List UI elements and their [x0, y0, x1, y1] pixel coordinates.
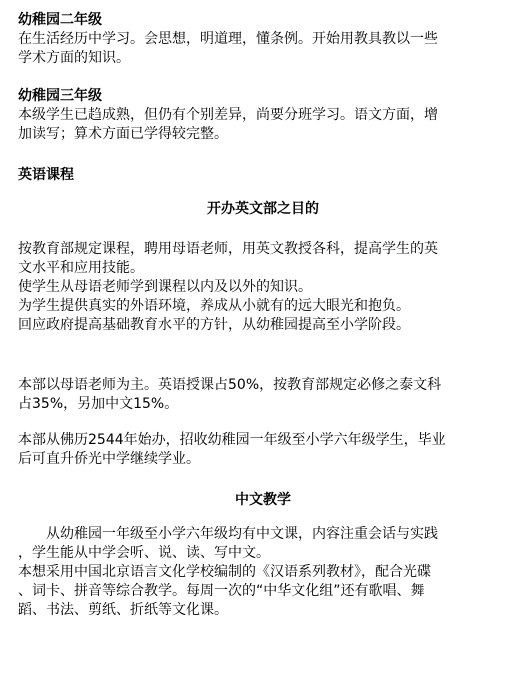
k2-text-line: 在生活经历中学习。会思想，明道理，懂条例。开始用教具教以一些 — [18, 30, 508, 49]
k3-text-line: 本级学生已趋成熟，但仍有个别差异，尚要分班学习。语文方面，增 — [18, 106, 508, 125]
purpose-line: 回应政府提高基础教育水平的方针，从幼稚园提高至小学阶段。 — [18, 316, 508, 335]
purpose-line: 文水平和应用技能。 — [18, 259, 508, 278]
k2-text-line: 学术方面的知识。 — [18, 49, 508, 68]
spacer — [18, 219, 508, 240]
spacer — [18, 68, 508, 87]
chinese-text-line: 本想采用中国北京语言文化学校编制的《汉语系列教材》，配合光碟 — [18, 563, 508, 582]
ratio-line: 本部以母语老师为主。英语授课占50%，按教育部规定必修之泰文科 — [18, 376, 508, 395]
purpose-line: 为学生提供真实的外语环境，养成从小就有的远大眼光和抱负。 — [18, 297, 508, 316]
chinese-text-line: 、词卡、拼音等综合教学。每周一次的“中华文化组”还有歌唱、舞 — [18, 582, 508, 601]
ratio-line: 占35%，另加中文15%。 — [18, 395, 508, 414]
history-line: 本部从佛历2544年始办，招收幼稚园一年级至小学六年级学生，毕业 — [18, 431, 508, 450]
document-body: 幼稚园二年级 在生活经历中学习。会思想，明道理，懂条例。开始用教具教以一些 学术… — [18, 11, 508, 620]
chinese-text-line: ，学生能从中学会听、说、读、写中文。 — [18, 544, 508, 563]
chinese-text-line: 从幼稚园一年级至小学六年级均有中文课，内容注重会话与实践 — [18, 525, 508, 544]
spacer — [18, 335, 508, 376]
spacer — [18, 414, 508, 431]
spacer — [18, 510, 508, 525]
purpose-line: 使学生从母语老师学到课程以内及以外的知识。 — [18, 278, 508, 297]
spacer — [18, 144, 508, 163]
purpose-line: 按教育部规定课程，聘用母语老师，用英文教授各科，提高学生的英 — [18, 240, 508, 259]
chinese-heading: 中文教学 — [18, 491, 508, 510]
k2-heading: 幼稚园二年级 — [18, 11, 508, 30]
history-line: 后可直升侨光中学继续学业。 — [18, 450, 508, 469]
spacer — [18, 469, 508, 491]
chinese-text-line: 蹈、书法、剪纸、折纸等文化课。 — [18, 601, 508, 620]
k3-heading: 幼稚园三年级 — [18, 87, 508, 106]
k3-text-line: 加读写；算术方面已学得较完整。 — [18, 125, 508, 144]
english-subtitle: 开办英文部之目的 — [18, 200, 508, 219]
english-heading: 英语课程 — [18, 166, 508, 185]
